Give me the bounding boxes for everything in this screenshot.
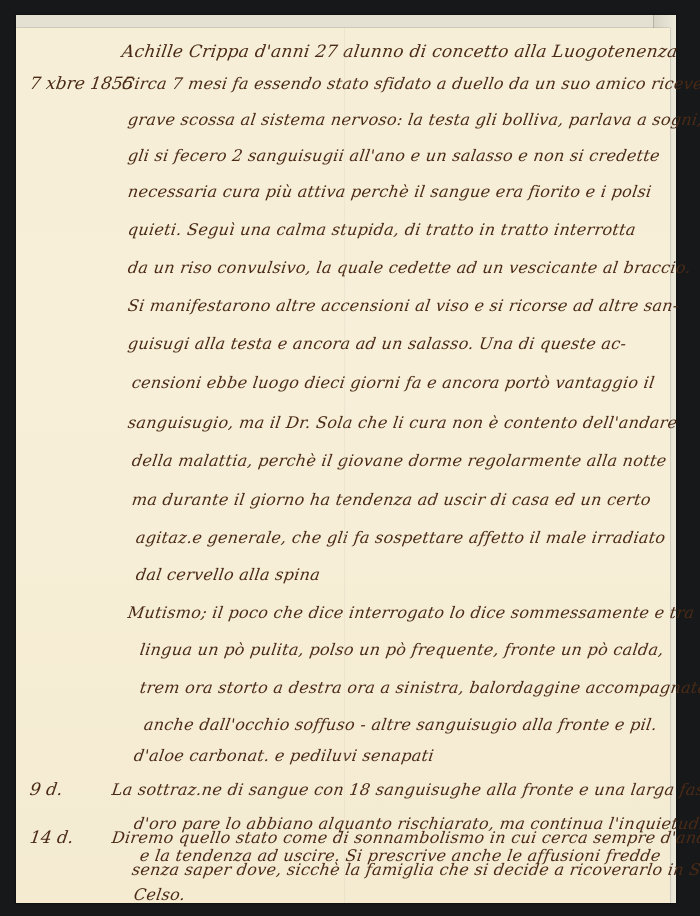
margin-date-2: 9 d. [29,780,64,800]
entry-1-line-19: d'aloe carbonat. e pediluvi senapati [133,746,436,765]
entry-3-line-3: Celso. [133,885,187,904]
entry-1-line-12: ma durante il giorno ha tendenza ad usci… [131,490,653,509]
margin-date-1: 7 xbre 1855 [29,74,135,94]
entry-1-line-10: sanguisugio, ma il Dr. Sola che li cura … [127,413,679,432]
entry-1-line-16: lingua un pò pulita, polso un pò frequen… [139,640,666,659]
margin-date-3: 14 d. [29,828,75,848]
entry-1-line-18: anche dall'occhio soffuso - altre sangui… [143,715,659,734]
entry-2-line-1: La sottraz.ne di sangue con 18 sanguisug… [111,780,700,799]
entry-1-line-8: guisugi alla testa e ancora ad un salass… [127,334,628,353]
entry-1-line-9: censioni ebbe luogo dieci giorni fa e an… [131,373,656,392]
entry-1-line-3: gli si fecero 2 sanguisugii all'ano e un… [127,146,662,165]
entry-1-line-6: da un riso convulsivo, la quale cedette … [127,258,693,277]
entry-1-line-15: Mutismo; il poco che dice interrogato lo… [127,603,700,622]
manuscript-page: Achille Crippa d'anni 27 alunno di conce… [16,28,670,903]
entry-1-line-14: dal cervello alla spina [135,565,322,584]
entry-1-line-2: grave scossa al sistema nervoso: la test… [127,110,700,129]
heading-patient-line: Achille Crippa d'anni 27 alunno di conce… [121,42,679,62]
entry-1-line-5: quieti. Seguì una calma stupida, di trat… [127,220,638,239]
entry-1-line-17: trem ora storto a destra ora a sinistra,… [139,678,700,697]
entry-1-line-1: Circa 7 mesi fa essendo stato sfidato a … [121,74,700,93]
entry-1-line-4: necessaria cura più attiva perchè il san… [127,182,653,201]
entry-3-line-1: Diremo quello stato come di sonnambolism… [111,828,700,847]
entry-1-line-7: Si manifestarono altre accensioni al vis… [127,296,680,315]
entry-1-line-13: agitaz.e generale, che gli fa sospettare… [135,528,667,547]
entry-3-line-2: senza saper dove, sicchè la famiglia che… [131,860,700,879]
entry-1-line-11: della malattia, perchè il giovane dorme … [131,451,668,470]
